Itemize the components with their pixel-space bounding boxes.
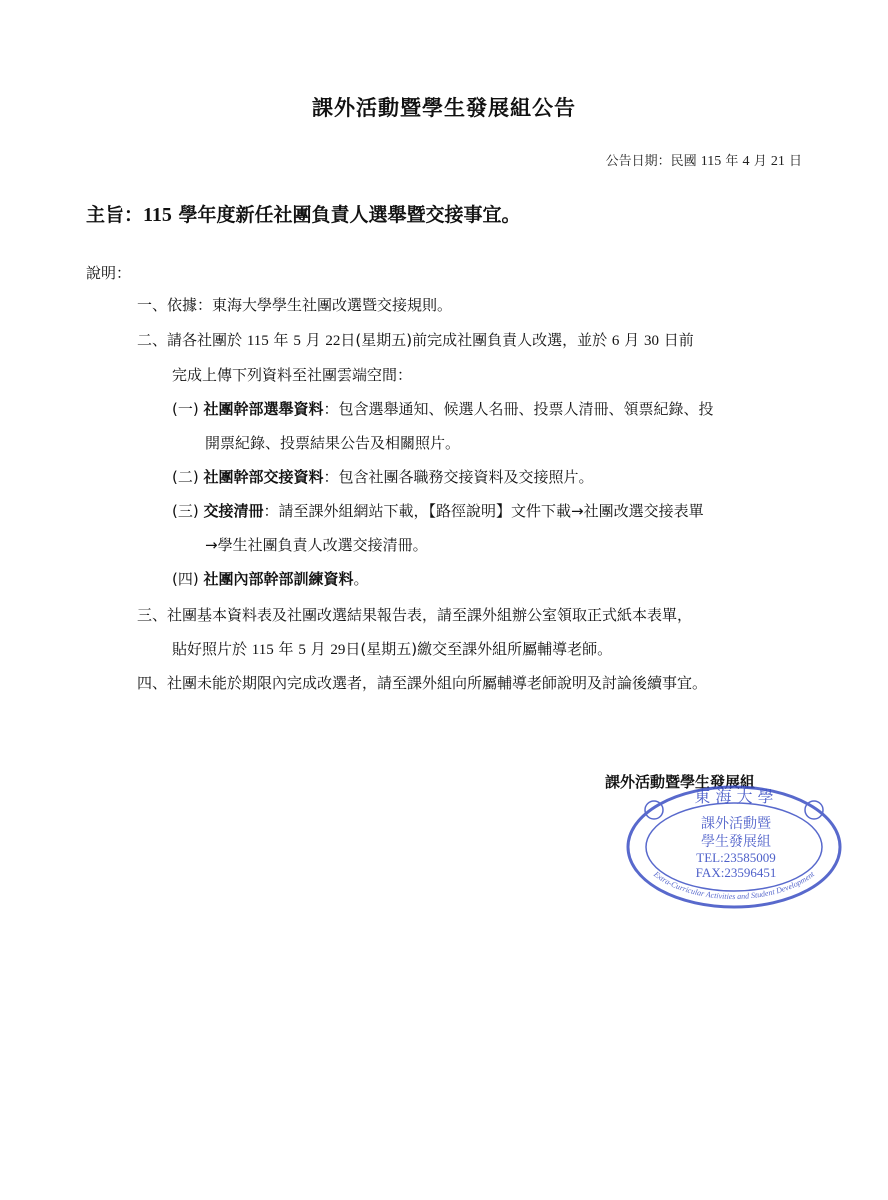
date-year: 115 bbox=[701, 154, 721, 169]
subitem-heading: 社團幹部選舉資料 bbox=[204, 400, 324, 418]
text: 日(星期五)前完成社團負責人改選，並於 bbox=[340, 331, 607, 349]
date-label: 公告日期：民國 bbox=[606, 154, 697, 169]
subitem-3: (三) 交接清冊：請至課外組網站下載，【路徑說明】文件下載→社團改選交接表單 bbox=[172, 500, 704, 521]
item-marker: 二、 bbox=[137, 331, 167, 349]
subitem-marker: (三) bbox=[172, 502, 199, 520]
svg-text:東 海 大 學: 東 海 大 學 bbox=[694, 787, 773, 806]
official-seal-stamp: 東 海 大 學 課外活動暨 學生發展組 TEL:23585009 FAX:235… bbox=[624, 782, 844, 912]
item-2-line-2: 完成上傳下列資料至社團雲端空間： bbox=[172, 364, 412, 385]
subitem-1-cont: 開票紀錄、投票結果公告及相關照片。 bbox=[205, 432, 460, 453]
day: 22 bbox=[325, 333, 340, 349]
subitem-3-cont: →學生社團負責人改選交接清冊。 bbox=[205, 534, 428, 555]
item-text: 依據：東海大學學生社團改選暨交接規則。 bbox=[167, 296, 452, 314]
item-marker: 三、 bbox=[137, 606, 167, 624]
svg-text:TEL:23585009: TEL:23585009 bbox=[696, 850, 775, 865]
text: 月 bbox=[311, 640, 326, 658]
subitem-2: (二) 社團幹部交接資料：包含社團各職務交接資料及交接照片。 bbox=[172, 466, 594, 487]
subitem-4: (四) 社團內部幹部訓練資料。 bbox=[172, 568, 369, 589]
text: 月 bbox=[306, 331, 321, 349]
item-4: 四、社團未能於期限內完成改選者，請至課外組向所屬輔導老師說明及討論後續事宜。 bbox=[137, 672, 707, 693]
date-day: 21 bbox=[771, 154, 785, 169]
subject-text: 學年度新任社團負責人選舉暨交接事宜。 bbox=[179, 204, 521, 226]
date-month: 4 bbox=[743, 154, 750, 169]
svg-text:FAX:23596451: FAX:23596451 bbox=[696, 865, 777, 880]
year: 115 bbox=[247, 333, 269, 349]
day: 29 bbox=[330, 642, 345, 658]
text: 請各社團於 bbox=[167, 331, 242, 349]
date-month-unit: 月 bbox=[754, 154, 767, 169]
subject-label: 主旨： bbox=[86, 204, 143, 226]
text: 月 bbox=[624, 331, 639, 349]
text: 年 bbox=[274, 331, 289, 349]
text: 日前 bbox=[664, 331, 694, 349]
subitem-heading: 社團幹部交接資料 bbox=[204, 468, 324, 486]
date-day-unit: 日 bbox=[789, 154, 802, 169]
month: 6 bbox=[612, 333, 620, 349]
month: 5 bbox=[293, 333, 301, 349]
item-marker: 一、 bbox=[137, 296, 167, 314]
item-text: 社團基本資料表及社團改選結果報告表，請至課外組辦公室領取正式紙本表單， bbox=[167, 606, 692, 624]
text: 年 bbox=[279, 640, 294, 658]
subitem-heading: 交接清冊 bbox=[204, 502, 264, 520]
subject-year: 115 bbox=[143, 204, 172, 226]
subitem-1: (一) 社團幹部選舉資料：包含選舉通知、候選人名冊、投票人清冊、領票紀錄、投 bbox=[172, 398, 714, 419]
subitem-marker: (二) bbox=[172, 468, 199, 486]
announcement-date: 公告日期：民國 115 年 4 月 21 日 bbox=[606, 150, 802, 170]
item-3-line-1: 三、社團基本資料表及社團改選結果報告表，請至課外組辦公室領取正式紙本表單， bbox=[137, 604, 692, 625]
subitem-text: ：包含社團各職務交接資料及交接照片。 bbox=[324, 468, 594, 486]
item-1: 一、依據：東海大學學生社團改選暨交接規則。 bbox=[137, 294, 452, 315]
item-3-line-2: 貼好照片於 115 年 5 月 29日(星期五)繳交至課外組所屬輔導老師。 bbox=[172, 638, 612, 659]
subitem-text: ：請至課外組網站下載，【路徑說明】文件下載→社團改選交接表單 bbox=[264, 502, 704, 520]
item-2-line-1: 二、請各社團於 115 年 5 月 22日(星期五)前完成社團負責人改選，並於 … bbox=[137, 329, 694, 350]
announcement-title: 課外活動暨學生發展組公告 bbox=[0, 92, 888, 122]
date-year-unit: 年 bbox=[725, 154, 738, 169]
month: 5 bbox=[298, 642, 306, 658]
subject-line: 主旨：115 學年度新任社團負責人選舉暨交接事宜。 bbox=[86, 200, 521, 227]
subitem-text: 。 bbox=[354, 570, 369, 588]
svg-text:課外活動暨: 課外活動暨 bbox=[701, 816, 771, 832]
subitem-marker: (四) bbox=[172, 570, 199, 588]
subitem-marker: (一) bbox=[172, 400, 199, 418]
day: 30 bbox=[644, 333, 659, 349]
year: 115 bbox=[252, 642, 274, 658]
explanation-label: 說明： bbox=[86, 262, 131, 283]
item-marker: 四、 bbox=[137, 674, 167, 692]
svg-text:學生發展組: 學生發展組 bbox=[701, 833, 771, 850]
text: 日(星期五)繳交至課外組所屬輔導老師。 bbox=[345, 640, 612, 658]
item-text: 社團未能於期限內完成改選者，請至課外組向所屬輔導老師說明及討論後續事宜。 bbox=[167, 674, 707, 692]
text: 貼好照片於 bbox=[172, 640, 247, 658]
subitem-heading: 社團內部幹部訓練資料 bbox=[204, 570, 354, 588]
subitem-text: ：包含選舉通知、候選人名冊、投票人清冊、領票紀錄、投 bbox=[324, 400, 714, 418]
